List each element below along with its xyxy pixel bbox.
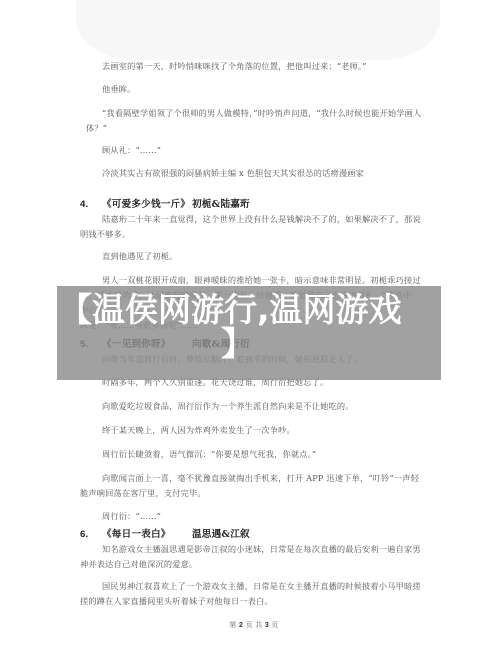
page-number-footer: 第 2 页 共 3 页 (86, 620, 422, 631)
section-heading-6: 6.《每日一表白》温思遇&江叙 (80, 529, 250, 540)
paragraph: 直到他遇见了初栀。 (86, 251, 422, 262)
paragraph-continuation: 脆声响回荡在客厅里，支付完毕。 (80, 488, 416, 499)
paragraph-continuation: 体？” (86, 123, 422, 134)
footer-mid: 页 共 (246, 621, 263, 629)
footer-suffix: 页 (271, 621, 278, 629)
paragraph: 男人一双桃花眼开成扇，眼神暧昧的推给她一张卡，暗示意味非常明显。初栀乖巧接过 (86, 275, 422, 286)
paragraph: 向歌爱吃垃圾食品，周行衍作为一个养生派自然向来是不让她吃的。 (86, 401, 422, 412)
section-number: 4. (80, 199, 102, 210)
overlay-title: 【温侯网游行,温网游戏 】 (57, 290, 441, 364)
top-shadow-decoration (76, 0, 440, 60)
paragraph: 陆嘉珩二十年来一直觉得，这个世界上没有什么是钱解决不了的，如果解决不了，那说 (86, 214, 422, 225)
overlay-title-line2: 】 (221, 324, 441, 364)
paragraph: 他垂眸。 (86, 84, 422, 95)
paragraph: 去画室的第一天，时吟悄咪咪找了个角落的位置，把他叫过来：“老师。” (86, 61, 422, 72)
paragraph: 向歌闻言面上一喜，毫不犹豫直接就掏出手机来，打开 APP 迅速下单，“叮铃”一声… (86, 473, 422, 484)
current-page: 2 (239, 622, 243, 629)
footer-prefix: 第 (229, 621, 236, 629)
paragraph: 顾从礼：“……” (86, 145, 422, 156)
paragraph-continuation: 搓的蹲在人家直播间里头听着妹子对他每日一表白。 (80, 596, 416, 607)
couple-names: 初栀&陆嘉珩 (192, 199, 250, 210)
paragraph: 周行衍：“……” (86, 511, 422, 522)
section-heading-4: 4.《可爱多少钱一斤》初栀&陆嘉珩 (80, 199, 250, 210)
paragraph: 周行衍长睫敛着，语气微沉：“你要是想气死我，你就点。” (86, 449, 422, 460)
paragraph-continuation: 神并表达自己对他深沉的爱意。 (80, 559, 416, 570)
paragraph-summary: 冷淡其实占有欲很强的闷骚病娇主编 x 色胆包天其实很怂的话痨漫画家 (86, 168, 422, 179)
paragraph: 国民男神江叙喜欢上了一个游戏女主播，日常是在女主播开直播的时候披着小马甲暗搓 (86, 581, 422, 592)
book-title: 《每日一表白》 (102, 529, 192, 540)
paragraph-continuation: 明钱不够多。 (80, 229, 416, 240)
paragraph: “我看隔壁学姐领了个很帅的男人做模特，”时吟悄声问道，“我什么时候也能开始学画人 (86, 108, 422, 119)
paragraph: 知名游戏女主播温思遇是影帝江叙的小迷妹，日常是在每次直播的最后安利一遍自家男 (86, 544, 422, 555)
paragraph: 终于某天晚上，两人因为炸鸡外卖发生了一次争吵。 (86, 425, 422, 436)
section-number: 6. (80, 529, 102, 540)
couple-names: 温思遇&江叙 (192, 529, 250, 540)
total-pages: 3 (265, 622, 269, 629)
book-title: 《可爱多少钱一斤》 (102, 199, 192, 210)
